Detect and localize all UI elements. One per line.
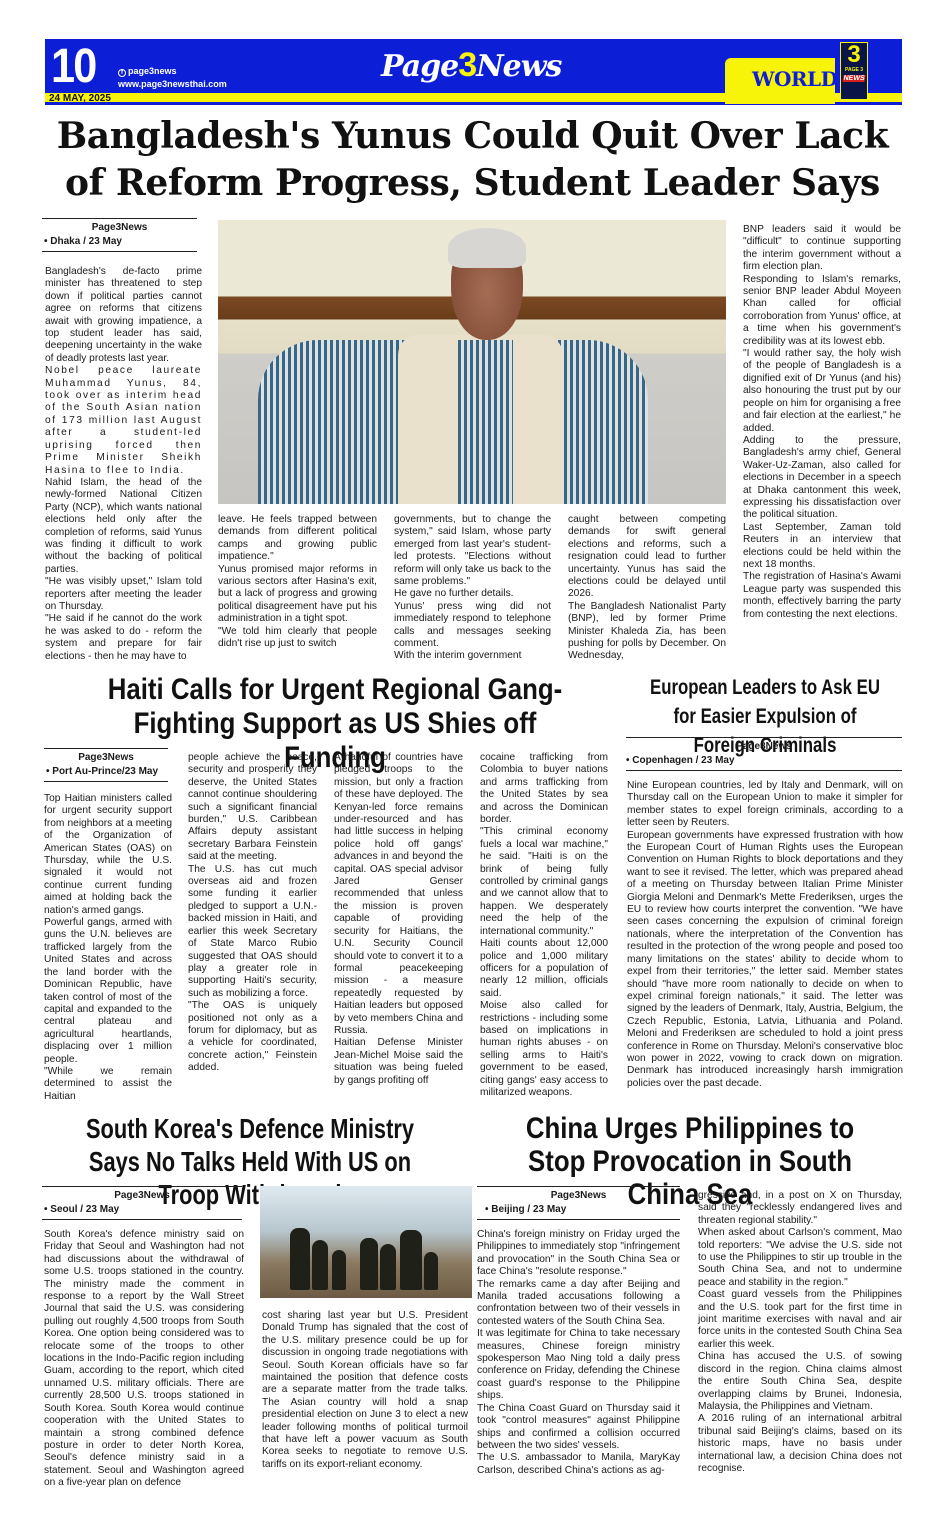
paragraph: Powerful gangs, armed with guns the U.N.… bbox=[44, 917, 172, 1066]
paragraph: A 2016 ruling of an international arbitr… bbox=[698, 1413, 902, 1475]
paragraph: Responding to Islam's remarks, senior BN… bbox=[743, 274, 901, 348]
page3news-logo[interactable]: Page3News bbox=[381, 45, 561, 87]
paragraph: "While we remain determined to assist th… bbox=[44, 1066, 172, 1103]
paragraph: Yunus' press wing did not immediately re… bbox=[394, 601, 551, 651]
paragraph: BNP leaders said it would be "difficult"… bbox=[743, 224, 901, 274]
photo-soldier bbox=[332, 1250, 346, 1290]
paragraph: China's foreign ministry on Friday urged… bbox=[477, 1229, 680, 1279]
paragraph: Nahid Islam, the head of the newly-forme… bbox=[45, 477, 202, 576]
lead-headline: Bangladesh's Yunus Could Quit Over Lack … bbox=[40, 113, 905, 207]
haiti-column-3: A handful of countries have pledged troo… bbox=[334, 752, 463, 1087]
paragraph: Coast guard vessels from the Philippines… bbox=[698, 1289, 902, 1351]
paragraph: The remarks came a day after Beijing and… bbox=[477, 1279, 680, 1329]
masthead: 10 fpage3news www.page3newsthai.com 24 M… bbox=[45, 39, 902, 105]
photo-soldier bbox=[380, 1244, 396, 1290]
logo-text-right: News bbox=[476, 49, 561, 84]
byline-dateline: • Copenhagen / 23 May bbox=[626, 754, 902, 768]
byline-source: Page3News bbox=[477, 1189, 680, 1203]
page3-badge-icon: 3 PAGE 3 NEWS bbox=[840, 42, 868, 100]
paragraph: "This criminal economy fuels a local war… bbox=[480, 826, 608, 938]
korea-column-2: cost sharing last year but U.S. Presiden… bbox=[262, 1310, 468, 1471]
photo-soldier bbox=[360, 1238, 378, 1290]
china-byline: Page3News • Beijing / 23 May bbox=[477, 1186, 680, 1220]
europe-body: Nine European countries, led by Italy an… bbox=[627, 780, 903, 1090]
bangladesh-column-4: caught between competing demands for swi… bbox=[568, 514, 726, 663]
byline-source: Page3News bbox=[626, 740, 902, 754]
china-column-1: China's foreign ministry on Friday urged… bbox=[477, 1229, 680, 1477]
photo-figure-shirt-front bbox=[458, 340, 513, 504]
facebook-handle: page3news bbox=[128, 66, 177, 76]
paragraph: The U.S. has cut much overseas aid and f… bbox=[188, 864, 317, 1000]
photo-figure-hair bbox=[448, 228, 526, 268]
badge-text: PAGE 3 bbox=[841, 67, 867, 73]
bangladesh-column-1: Bangladesh's de-facto prime minister has… bbox=[45, 266, 202, 663]
bangladesh-column-5: BNP leaders said it would be "difficult"… bbox=[743, 224, 901, 621]
byline-source: Page3News bbox=[44, 751, 168, 765]
section-label: WORLD bbox=[752, 67, 837, 91]
byline-dateline: • Port Au-Prince/23 May bbox=[44, 765, 168, 779]
paragraph: When asked about Carlson's comment, Mao … bbox=[698, 1227, 902, 1289]
paragraph: Haitian Defense Minister Jean-Michel Moi… bbox=[334, 1037, 463, 1087]
paragraph: South Korea's defence ministry said on F… bbox=[44, 1229, 244, 1490]
badge-number: 3 bbox=[841, 43, 867, 67]
paragraph: Adding to the pressure, Bangladesh's arm… bbox=[743, 435, 901, 522]
paragraph: The Bangladesh Nationalist Party (BNP), … bbox=[568, 601, 726, 663]
paragraph: "I would rather say, the holy wish of th… bbox=[743, 348, 901, 435]
paragraph: Nine European countries, led by Italy an… bbox=[627, 780, 903, 830]
soldiers-photo bbox=[260, 1186, 472, 1298]
issue-date: 24 MAY, 2025 bbox=[49, 93, 111, 104]
paragraph: Nobel peace laureate Muhammad Yunus, 84,… bbox=[45, 365, 202, 477]
logo-three: 3 bbox=[458, 46, 476, 84]
paragraph: people achieve the peace, security and p… bbox=[188, 752, 317, 864]
website-link[interactable]: www.page3newsthai.com bbox=[118, 78, 227, 91]
paragraph: governments, but to change the system," … bbox=[394, 514, 551, 588]
photo-soldier bbox=[312, 1240, 328, 1290]
korea-column-1: South Korea's defence ministry said on F… bbox=[44, 1229, 244, 1490]
byline-dateline: • Seoul / 23 May bbox=[42, 1203, 242, 1217]
paragraph: Bangladesh's de-facto prime minister has… bbox=[45, 266, 202, 365]
facebook-icon: f bbox=[118, 69, 126, 77]
paragraph: He gave no further details. bbox=[394, 588, 551, 600]
bangladesh-column-3: governments, but to change the system," … bbox=[394, 514, 551, 663]
byline-dateline: • Dhaka / 23 May bbox=[42, 235, 197, 249]
paragraph: gressive and, in a post on X on Thursday… bbox=[698, 1190, 902, 1227]
paragraph: leave. He feels trapped between demands … bbox=[218, 514, 377, 564]
photo-soldier bbox=[424, 1252, 438, 1290]
haiti-column-1: Top Haitian ministers called for urgent … bbox=[44, 793, 172, 1103]
byline-dateline: • Beijing / 23 May bbox=[477, 1203, 680, 1217]
haiti-column-4: cocaine trafficking from Colombia to buy… bbox=[480, 752, 608, 1099]
paragraph: Haiti counts about 12,000 police and 1,0… bbox=[480, 938, 608, 1000]
paragraph: Moise also called for restrictions - inc… bbox=[480, 1000, 608, 1099]
paragraph: "The OAS is uniquely positioned not only… bbox=[188, 1000, 317, 1074]
paragraph: European governments have expressed frus… bbox=[627, 830, 903, 1091]
yunus-photo bbox=[218, 220, 726, 504]
paragraph: Last September, Zaman told Reuters in an… bbox=[743, 522, 901, 572]
haiti-column-2: people achieve the peace, security and p… bbox=[188, 752, 317, 1075]
paragraph: cost sharing last year but U.S. Presiden… bbox=[262, 1310, 468, 1471]
paragraph: A handful of countries have pledged troo… bbox=[334, 752, 463, 1037]
paragraph: The U.S. ambassador to Manila, MaryKay C… bbox=[477, 1452, 680, 1477]
page-number: 10 bbox=[51, 41, 95, 93]
paragraph: Top Haitian ministers called for urgent … bbox=[44, 793, 172, 917]
bangladesh-byline: Page3News • Dhaka / 23 May bbox=[42, 218, 197, 252]
paragraph: "He said if he cannot do the work he was… bbox=[45, 613, 202, 663]
paragraph: "We told him clearly that people didn't … bbox=[218, 626, 377, 651]
badge-news: NEWS bbox=[842, 75, 865, 82]
photo-soldier bbox=[290, 1228, 310, 1290]
facebook-link[interactable]: fpage3news bbox=[118, 65, 227, 78]
korea-byline: Page3News • Seoul / 23 May bbox=[42, 1186, 242, 1220]
paragraph: Yunus promised major reforms in various … bbox=[218, 564, 377, 626]
paragraph: cocaine trafficking from Colombia to buy… bbox=[480, 752, 608, 826]
europe-byline: Page3News • Copenhagen / 23 May bbox=[626, 737, 902, 771]
paragraph: It was legitimate for China to take nece… bbox=[477, 1328, 680, 1402]
paragraph: The China Coast Guard on Thursday said i… bbox=[477, 1403, 680, 1453]
bangladesh-column-2: leave. He feels trapped between demands … bbox=[218, 514, 377, 650]
paragraph: With the interim government bbox=[394, 650, 551, 662]
logo-text-left: Page bbox=[381, 49, 458, 84]
paragraph: The registration of Hasina's Awami Leagu… bbox=[743, 571, 901, 621]
paragraph: "He was visibly upset," Islam told repor… bbox=[45, 576, 202, 613]
haiti-byline: Page3News • Port Au-Prince/23 May bbox=[44, 748, 168, 782]
paragraph: caught between competing demands for swi… bbox=[568, 514, 726, 601]
byline-source: Page3News bbox=[42, 1189, 242, 1203]
byline-source: Page3News bbox=[42, 221, 197, 235]
paragraph: China has accused the U.S. of sowing dis… bbox=[698, 1351, 902, 1413]
social-links: fpage3news www.page3newsthai.com bbox=[118, 65, 227, 91]
china-column-2: gressive and, in a post on X on Thursday… bbox=[698, 1190, 902, 1475]
photo-soldier bbox=[400, 1230, 422, 1290]
